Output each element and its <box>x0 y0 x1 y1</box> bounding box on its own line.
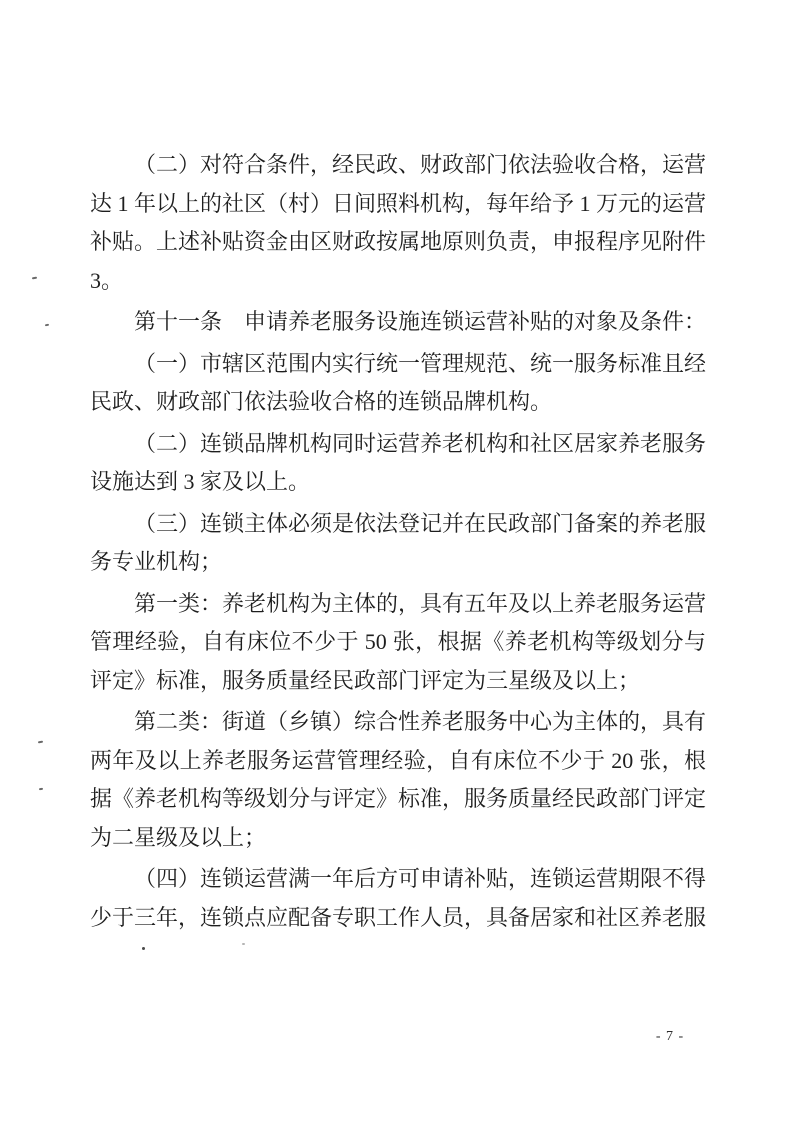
text-line: （四）连锁运营满一年后方可申请补贴，连锁运营期限不得 <box>90 860 706 899</box>
paragraph: （二）对符合条件，经民政、财政部门依法验收合格，运营 达 1 年以上的社区（村）… <box>90 146 706 300</box>
paragraph: （四）连锁运营满一年后方可申请补贴，连锁运营期限不得 少于三年，连锁点应配备专职… <box>90 860 706 937</box>
text-line: 第二类：街道（乡镇）综合性养老服务中心为主体的，具有 <box>90 703 706 742</box>
paragraph: 第一类：养老机构为主体的，具有五年及以上养老服务运营 管理经验，自有床位不少于 … <box>90 585 706 701</box>
text-line: 为二星级及以上； <box>90 819 706 858</box>
text-line: 据《养老机构等级划分与评定》标准，服务质量经民政部门评定 <box>90 780 706 819</box>
paragraph: 第十一条 申请养老服务设施连锁运营补贴的对象及条件： <box>90 303 706 342</box>
text-line: （一）市辖区范围内实行统一管理规范、统一服务标准且经 <box>90 345 706 384</box>
text-line: 达 1 年以上的社区（村）日间照料机构，每年给予 1 万元的运营 <box>90 185 706 224</box>
text-line: （二）对符合条件，经民政、财政部门依法验收合格，运营 <box>90 146 706 185</box>
text-line: 3。 <box>90 262 706 301</box>
scan-speck <box>38 741 43 744</box>
text-line: 民政、财政部门依法验收合格的连锁品牌机构。 <box>90 383 706 422</box>
text-line: 补贴。上述补贴资金由区财政按属地原则负责，申报程序见附件 <box>90 223 706 262</box>
text-line: 务专业机构； <box>90 543 706 582</box>
scan-speck <box>242 943 245 945</box>
text-line: 设施达到 3 家及以上。 <box>90 463 706 502</box>
paragraph: 第二类：街道（乡镇）综合性养老服务中心为主体的，具有 两年及以上养老服务运营管理… <box>90 703 706 857</box>
document-body: （二）对符合条件，经民政、财政部门依法验收合格，运营 达 1 年以上的社区（村）… <box>90 146 706 940</box>
article-heading-line: 第十一条 申请养老服务设施连锁运营补贴的对象及条件： <box>90 303 706 342</box>
text-line: 评定》标准，服务质量经民政部门评定为三星级及以上； <box>90 662 706 701</box>
text-line: 第一类：养老机构为主体的，具有五年及以上养老服务运营 <box>90 585 706 624</box>
document-page: （二）对符合条件，经民政、财政部门依法验收合格，运营 达 1 年以上的社区（村）… <box>0 0 793 1122</box>
paragraph: （二）连锁品牌机构同时运营养老机构和社区居家养老服务 设施达到 3 家及以上。 <box>90 425 706 502</box>
scan-speck <box>32 277 37 280</box>
text-line: （三）连锁主体必须是依法登记并在民政部门备案的养老服 <box>90 505 706 544</box>
paragraph: （一）市辖区范围内实行统一管理规范、统一服务标准且经 民政、财政部门依法验收合格… <box>90 345 706 422</box>
scan-speck <box>39 788 43 790</box>
text-line: 两年及以上养老服务运营管理经验，自有床位不少于 20 张，根 <box>90 742 706 781</box>
text-line: 少于三年，连锁点应配备专职工作人员，具备居家和社区养老服 <box>90 899 706 938</box>
text-line: 管理经验，自有床位不少于 50 张，根据《养老机构等级划分与 <box>90 623 706 662</box>
text-line: （二）连锁品牌机构同时运营养老机构和社区居家养老服务 <box>90 425 706 464</box>
scan-speck <box>142 947 145 950</box>
scan-speck <box>45 324 49 327</box>
paragraph: （三）连锁主体必须是依法登记并在民政部门备案的养老服 务专业机构； <box>90 505 706 582</box>
page-number: - 7 - <box>645 1029 695 1045</box>
